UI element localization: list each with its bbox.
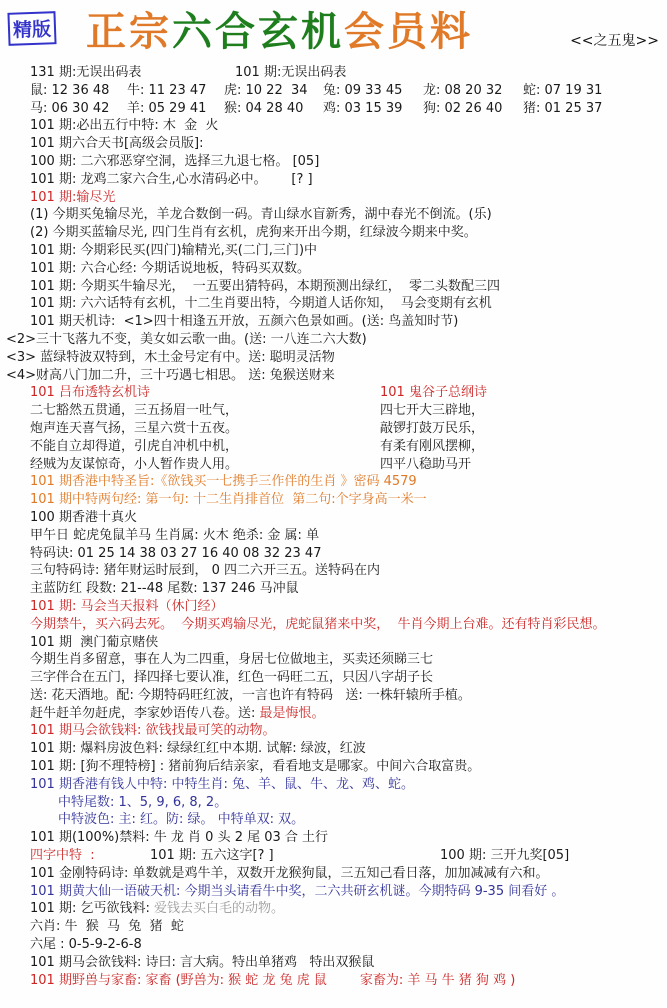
text-segment: 主蓝防红 段数: 21--48 尾数: 137 246 马冲鼠 <box>30 581 299 596</box>
text-segment: 101 期: 六六话特有玄机，十二生肖要出特，今期道人话你知， 马会变期有玄机 <box>30 296 492 311</box>
text-segment: 101 吕布透特玄机诗 <box>30 384 380 402</box>
text-segment: 101 期:无误出码表 <box>235 65 346 80</box>
page-header: 精版 正宗六合玄机会员料 <<之五鬼>> <box>0 0 667 64</box>
text-line: 三字伴合在五门，择四择七要认准，红色一码旺二五，只因八字胡子长 <box>30 669 665 687</box>
text-line: 中特波色: 主: 红。防: 绿。 中特单双: 双。 <box>58 811 665 829</box>
text-segment: 甲午日 蛇虎兔鼠羊马 生肖属: 火木 绝杀: 金 属: 单 <box>30 528 319 543</box>
text-line: <2>三十飞落九不变，美女如云歌一曲。(送: 一八连二六大数) <box>6 331 665 349</box>
text-line: 101 期: 乞丐欲钱料: 爱钱去买白毛的动物。 <box>30 900 665 918</box>
text-line: 101 期:必出五行中特: 木 金 火 <box>30 117 665 135</box>
text-segment: 四平八稳助马开 <box>380 457 471 472</box>
page-title: 正宗六合玄机会员料 <box>86 0 473 57</box>
text-line: 100 期香港十真火 <box>30 509 665 527</box>
text-segment: 送: 花天酒地。配: 今期特码旺红波，一言也许有特码 送: 一株轩辕所手植。 <box>30 688 471 703</box>
text-segment: 六肖: 牛 猴 马 兔 猪 蛇 <box>30 919 184 934</box>
text-segment: 100 期: 三开九奖[05] <box>440 848 569 863</box>
text-line: 101 期黄大仙一语破天机: 今期当头请看牛中奖，二六共研玄机谜。今期特码 9-… <box>30 883 665 901</box>
text-line: 六尾 : 0-5-9-2-6-8 <box>30 936 665 954</box>
text-segment: 特码诀: 01 25 14 38 03 27 16 40 08 32 23 47 <box>30 546 321 561</box>
text-segment: 不能自立却得道，引虎自冲机中机， <box>30 438 380 456</box>
text-line: 101 期天机诗: <1>四十相逢五开放，五颜六色景如画。(送: 鸟盖知时节) <box>30 313 665 331</box>
text-line: 二七豁然五贯通，三五扬眉一吐气，四七开大三辟地， <box>30 402 665 420</box>
text-segment: 101 期: 五六这字[? ] <box>150 847 440 865</box>
text-line: 101 期六合天书[高级会员版]: <box>30 135 665 153</box>
text-segment: 经贼为友谋惊奇，小人暂作贵人用。 <box>30 456 380 474</box>
text-segment: 101 期: 马会当天报料（休门经） <box>30 599 223 614</box>
text-segment: 四字中特 : <box>30 847 150 865</box>
text-segment: (2) 今期买蓝输尽光, 四门生肖有玄机，虎狗来开出今期，红绿波今期来中奖。 <box>30 225 477 240</box>
text-line: 三句特码诗: 猪年财运时辰到， 0 四二六开三五。送特码在内 <box>30 562 665 580</box>
text-segment: 有柔有刚风摆柳， <box>380 439 484 454</box>
text-line: 101 期中特两句经: 第一句: 十二生肖排首位 第二句:个字身高一米一 <box>30 491 665 509</box>
text-segment: <4>财高八门加二升，三十巧遇七相思。 送: 兔猴送财来 <box>6 368 335 383</box>
text-line: 四字中特 :101 期: 五六这字[? ]100 期: 三开九奖[05] <box>30 847 665 865</box>
text-segment: 101 鬼谷子总纲诗 <box>380 385 487 400</box>
text-segment: <2>三十飞落九不变，美女如云歌一曲。(送: 一八连二六大数) <box>6 332 367 347</box>
text-line: 100 期: 二六邪恶穿空洞，选择三九退七格。 [05] <box>30 153 665 171</box>
edition-badge: 精版 <box>7 11 56 46</box>
text-segment: 敲锣打鼓万民乐， <box>380 421 484 436</box>
text-line: <3> 蓝绿特波双特到，木土金号定有中。送: 聪明灵活物 <box>6 349 665 367</box>
text-line: <4>财高八门加二升，三十巧遇七相思。 送: 兔猴送财来 <box>6 367 665 385</box>
content-lines: 131 期:无误出码表101 期:无误出码表鼠: 12 36 48牛: 11 2… <box>30 64 665 989</box>
text-segment: 101 期马会欲钱料: 诗曰: 言大病。特出单猪鸡 特出双猴鼠 <box>30 955 374 970</box>
text-line: 131 期:无误出码表101 期:无误出码表 <box>30 64 665 82</box>
text-line: 不能自立却得道，引虎自冲机中机，有柔有刚风摆柳， <box>30 438 665 456</box>
text-segment: 兔: 09 33 45 <box>323 82 423 100</box>
title-segment: 六合玄机 <box>172 9 344 55</box>
text-line: 101 期: 六合心经: 今期话说地板，特码买双数。 <box>30 260 665 278</box>
text-segment: 猪: 01 25 37 <box>523 101 602 116</box>
text-line: 经贼为友谋惊奇，小人暂作贵人用。四平八稳助马开 <box>30 456 665 474</box>
text-segment: 炮声连天喜气扬，三星六赏十五夜。 <box>30 420 380 438</box>
text-segment: 羊: 05 29 41 <box>127 100 224 118</box>
text-line: 鼠: 12 36 48牛: 11 23 47虎: 10 22 34兔: 09 3… <box>30 82 665 100</box>
text-segment: 101 期香港有钱人中特: 中特生肖: 兔、羊、鼠、牛、龙、鸡、蛇。 <box>30 777 414 792</box>
text-segment: 101 期中特两句经: 第一句: 十二生肖排首位 第二句:个字身高一米一 <box>30 492 427 507</box>
text-line: 101 期: 今期买牛输尽光， 一五要出猜特码，本期预测出绿红， 零二头数配三四 <box>30 278 665 296</box>
text-segment: 中特尾数: 1、5, 9, 6, 8, 2。 <box>58 795 227 810</box>
text-line: 今期禁牛，买六码去死。 今期买鸡输尽光，虎蛇鼠猪来中奖， 牛肖今期上台难。还有特… <box>30 616 665 634</box>
tipsheet-page: 精版 正宗六合玄机会员料 <<之五鬼>> 131 期:无误出码表101 期:无误… <box>0 0 667 1008</box>
text-segment: 中特波色: 主: 红。防: 绿。 中特单双: 双。 <box>58 812 304 827</box>
text-segment: 今期禁牛，买六码去死。 今期买鸡输尽光，虎蛇鼠猪来中奖， 牛肖今期上台难。还有特… <box>30 617 606 632</box>
text-segment: 猴: 04 28 40 <box>224 100 323 118</box>
text-segment: 赶牛赶羊勿赶虎，李家妙语传八卷。送: <box>30 706 260 721</box>
text-segment: 六尾 : 0-5-9-2-6-8 <box>30 937 142 952</box>
text-segment: 101 期天机诗: <1>四十相逢五开放，五颜六色景如画。(送: 鸟盖知时节) <box>30 314 458 329</box>
text-segment: 101 期:必出五行中特: 木 金 火 <box>30 118 218 133</box>
text-line: 101 期(100%)禁料: 牛 龙 肖 0 头 2 尾 03 合 土行 <box>30 829 665 847</box>
text-segment: 101 期: 今期彩民买(四门)输精光,买(二门,三门)中 <box>30 243 317 258</box>
text-line: 六肖: 牛 猴 马 兔 猪 蛇 <box>30 918 665 936</box>
text-line: 主蓝防红 段数: 21--48 尾数: 137 246 马冲鼠 <box>30 580 665 598</box>
text-segment: 101 期香港中特圣旨:《欲钱买一七携手三作伴的生肖 》密码 4579 <box>30 474 417 489</box>
text-line: 101 期: 爆料房波色料: 绿绿红红中本期. 试解: 绿波，红波 <box>30 740 665 758</box>
text-segment: 最是悔恨。 <box>260 706 325 721</box>
text-line: 101 期: [狗不理特榜] : 猪前狗后结亲家，看看地支是哪家。中间六合取富贵… <box>30 758 665 776</box>
text-line: 101 吕布透特玄机诗101 鬼谷子总纲诗 <box>30 384 665 402</box>
text-segment: <3> 蓝绿特波双特到，木土金号定有中。送: 聪明灵活物 <box>6 350 335 365</box>
text-segment: 狗: 02 26 40 <box>423 100 523 118</box>
text-segment: 鸡: 03 15 39 <box>323 100 423 118</box>
text-line: 101 期:输尽光 <box>30 189 665 207</box>
text-segment: 马: 06 30 42 <box>30 100 127 118</box>
text-line: 甲午日 蛇虎兔鼠羊马 生肖属: 火木 绝杀: 金 属: 单 <box>30 527 665 545</box>
text-line: 101 期野兽与家畜: 家畜 (野兽为: 猴 蛇 龙 兔 虎 鼠 家畜为: 羊 … <box>30 972 665 990</box>
text-line: 101 期香港中特圣旨:《欲钱买一七携手三作伴的生肖 》密码 4579 <box>30 473 665 491</box>
text-line: 101 期: 龙鸡二家六合生,心水清码必中。 [? ] <box>30 171 665 189</box>
title-segment: 会员料 <box>344 9 473 55</box>
text-segment: 101 期: 六合心经: 今期话说地板，特码买双数。 <box>30 261 310 276</box>
text-segment: 101 期:输尽光 <box>30 190 115 205</box>
text-segment: 鼠: 12 36 48 <box>30 82 127 100</box>
text-segment: 牛: 11 23 47 <box>127 82 224 100</box>
text-segment: 101 期: 今期买牛输尽光， 一五要出猜特码，本期预测出绿红， 零二头数配三四 <box>30 279 500 294</box>
text-line: 101 期: 今期彩民买(四门)输精光,买(二门,三门)中 <box>30 242 665 260</box>
text-line: (2) 今期买蓝输尽光, 四门生肖有玄机，虎狗来开出今期，红绿波今期来中奖。 <box>30 224 665 242</box>
text-segment: 蛇: 07 19 31 <box>523 83 602 98</box>
text-segment: 二七豁然五贯通，三五扬眉一吐气， <box>30 402 380 420</box>
text-segment: 101 期(100%)禁料: 牛 龙 肖 0 头 2 尾 03 合 土行 <box>30 830 328 845</box>
text-segment: 131 期:无误出码表 <box>30 64 235 82</box>
text-line: 炮声连天喜气扬，三星六赏十五夜。敲锣打鼓万民乐， <box>30 420 665 438</box>
text-line: 送: 花天酒地。配: 今期特码旺红波，一言也许有特码 送: 一株轩辕所手植。 <box>30 687 665 705</box>
text-segment: 101 期: [狗不理特榜] : 猪前狗后结亲家，看看地支是哪家。中间六合取富贵… <box>30 759 480 774</box>
text-segment: 三句特码诗: 猪年财运时辰到， 0 四二六开三五。送特码在内 <box>30 563 380 578</box>
text-segment: 101 金刚特码诗: 单数就是鸡牛羊，双数开龙猴狗鼠，三五知己看日落，加加减减有… <box>30 866 548 881</box>
text-line: 101 金刚特码诗: 单数就是鸡牛羊，双数开龙猴狗鼠，三五知己看日落，加加减减有… <box>30 865 665 883</box>
text-segment: 100 期香港十真火 <box>30 510 137 525</box>
text-line: 101 期马会欲钱料: 欲钱找最可笑的动物。 <box>30 722 665 740</box>
text-segment: 101 期野兽与家畜: 家畜 (野兽为: 猴 蛇 龙 兔 虎 鼠 家畜为: 羊 … <box>30 973 515 988</box>
text-segment: 101 期: 龙鸡二家六合生,心水清码必中。 [? ] <box>30 172 313 187</box>
text-segment: 101 期 澳门葡京赌侠 <box>30 635 158 650</box>
text-segment: 101 期马会欲钱料: 欲钱找最可笑的动物。 <box>30 723 275 738</box>
text-line: 特码诀: 01 25 14 38 03 27 16 40 08 32 23 47 <box>30 545 665 563</box>
text-line: 中特尾数: 1、5, 9, 6, 8, 2。 <box>58 794 665 812</box>
edition-label: <<之五鬼>> <box>570 30 659 50</box>
text-line: 赶牛赶羊勿赶虎，李家妙语传八卷。送: 最是悔恨。 <box>30 705 665 723</box>
title-segment: 正宗 <box>86 9 172 55</box>
text-segment: 今期生肖多留意，事在人为二四重，身居七位做地主，买卖还须睇三七 <box>30 652 433 667</box>
text-segment: 虎: 10 22 34 <box>224 82 323 100</box>
text-segment: 100 期: 二六邪恶穿空洞，选择三九退七格。 [05] <box>30 154 319 169</box>
text-line: 101 期香港有钱人中特: 中特生肖: 兔、羊、鼠、牛、龙、鸡、蛇。 <box>30 776 665 794</box>
text-line: (1) 今期买兔输尽光，羊龙合数倒一码。青山绿水盲新秀，湖中春光不倒流。(乐) <box>30 206 665 224</box>
text-segment: 四七开大三辟地， <box>380 403 484 418</box>
text-segment: 爱钱去买白毛的动物。 <box>154 901 284 916</box>
text-line: 今期生肖多留意，事在人为二四重，身居七位做地主，买卖还须睇三七 <box>30 651 665 669</box>
text-line: 101 期 澳门葡京赌侠 <box>30 634 665 652</box>
text-segment: 101 期: 乞丐欲钱料: <box>30 901 154 916</box>
text-segment: 101 期六合天书[高级会员版]: <box>30 136 203 151</box>
text-segment: 龙: 08 20 32 <box>423 82 523 100</box>
text-line: 101 期: 马会当天报料（休门经） <box>30 598 665 616</box>
text-segment: 101 期: 爆料房波色料: 绿绿红红中本期. 试解: 绿波，红波 <box>30 741 366 756</box>
text-segment: 三字伴合在五门，择四择七要认准，红色一码旺二五，只因八字胡子长 <box>30 670 433 685</box>
text-line: 101 期: 六六话特有玄机，十二生肖要出特，今期道人话你知， 马会变期有玄机 <box>30 295 665 313</box>
text-segment: 101 期黄大仙一语破天机: 今期当头请看牛中奖，二六共研玄机谜。今期特码 9-… <box>30 884 564 899</box>
text-line: 马: 06 30 42羊: 05 29 41猴: 04 28 40鸡: 03 1… <box>30 100 665 118</box>
text-segment: (1) 今期买兔输尽光，羊龙合数倒一码。青山绿水盲新秀，湖中春光不倒流。(乐) <box>30 207 492 222</box>
text-line: 101 期马会欲钱料: 诗曰: 言大病。特出单猪鸡 特出双猴鼠 <box>30 954 665 972</box>
